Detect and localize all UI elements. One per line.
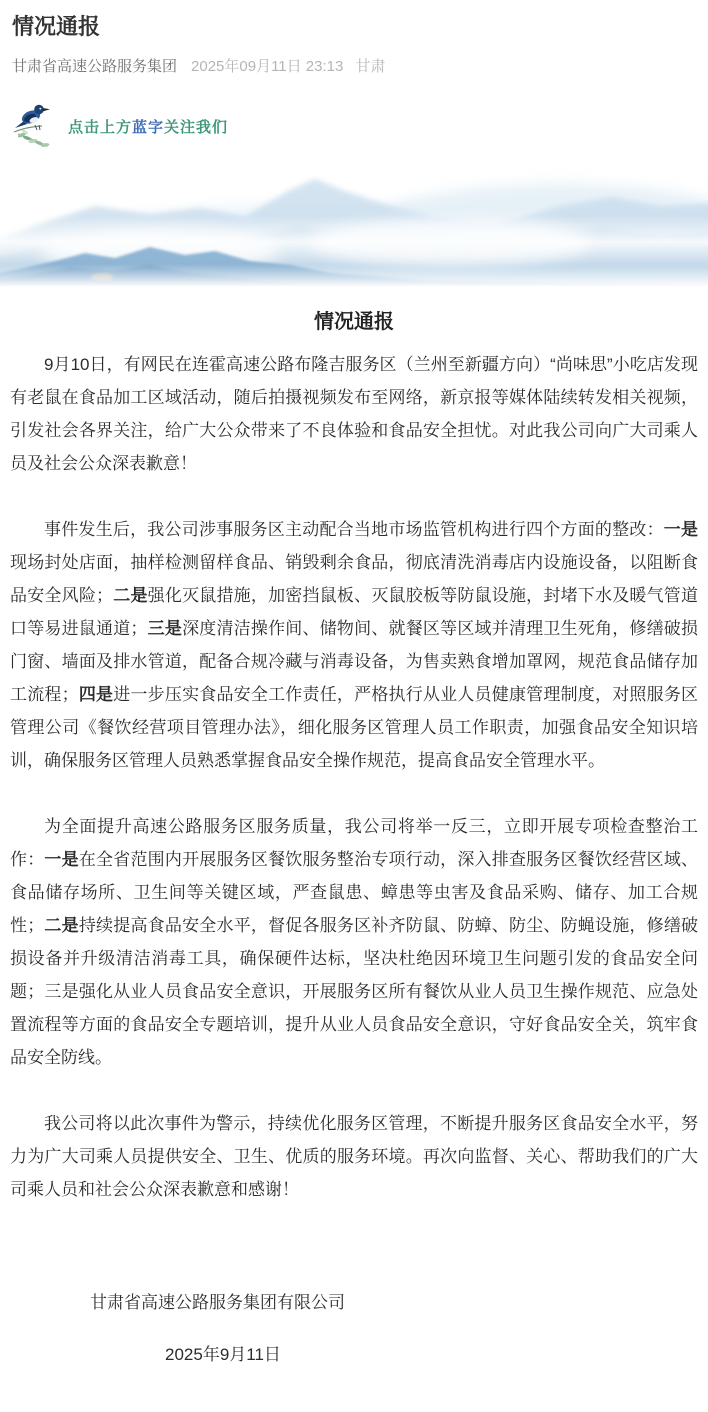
signature: 甘肃省高速公路服务集团有限公司 [10,1291,698,1315]
signature-date: 2025年9月11日 [10,1343,698,1367]
follow-text-part2: 关注我们 [164,119,228,136]
follow-text-blue: 蓝字 [132,119,164,136]
follow-text-part1: 点击上方 [68,119,132,136]
follow-banner: 点击上方蓝字关注我们 [12,101,708,151]
article-body: 9月10日，有网民在连霍高速公路布隆吉服务区（兰州至新疆方向）“尚味思”小吃店发… [10,348,698,1206]
article: 情况通报 9月10日，有网民在连霍高速公路布隆吉服务区（兰州至新疆方向）“尚味思… [0,308,708,1367]
article-page: 情况通报 甘肃省高速公路服务集团2025年09月11日 23:13甘肃 [0,0,708,1412]
article-paragraph-4: 我公司将以此次事件为警示，持续优化服务区管理，不断提升服务区食品安全水平，努力为… [10,1107,698,1206]
publish-time: 2025年09月11日 23:13 [191,58,343,75]
article-paragraph-2: 事件发生后，我公司涉事服务区主动配合当地市场监管机构进行四个方面的整改：一是现场… [10,513,698,777]
article-paragraph-1: 9月10日，有网民在连霍高速公路布隆吉服务区（兰州至新疆方向）“尚味思”小吃店发… [10,348,698,480]
account-name[interactable]: 甘肃省高速公路服务集团 [12,58,177,75]
bird-on-branch-icon [12,101,60,151]
publish-location: 甘肃 [355,58,385,75]
page-title: 情况通报 [12,12,694,42]
follow-prompt: 点击上方蓝字关注我们 [68,116,228,137]
header: 情况通报 甘肃省高速公路服务集团2025年09月11日 23:13甘肃 [0,0,708,77]
byline: 甘肃省高速公路服务集团2025年09月11日 23:13甘肃 [12,56,694,77]
mountain-watercolor-image [0,164,708,286]
article-paragraph-3: 为全面提升高速公路服务区服务质量，我公司将举一反三，立即开展专项检查整治工作：一… [10,810,698,1074]
article-heading: 情况通报 [10,308,698,336]
